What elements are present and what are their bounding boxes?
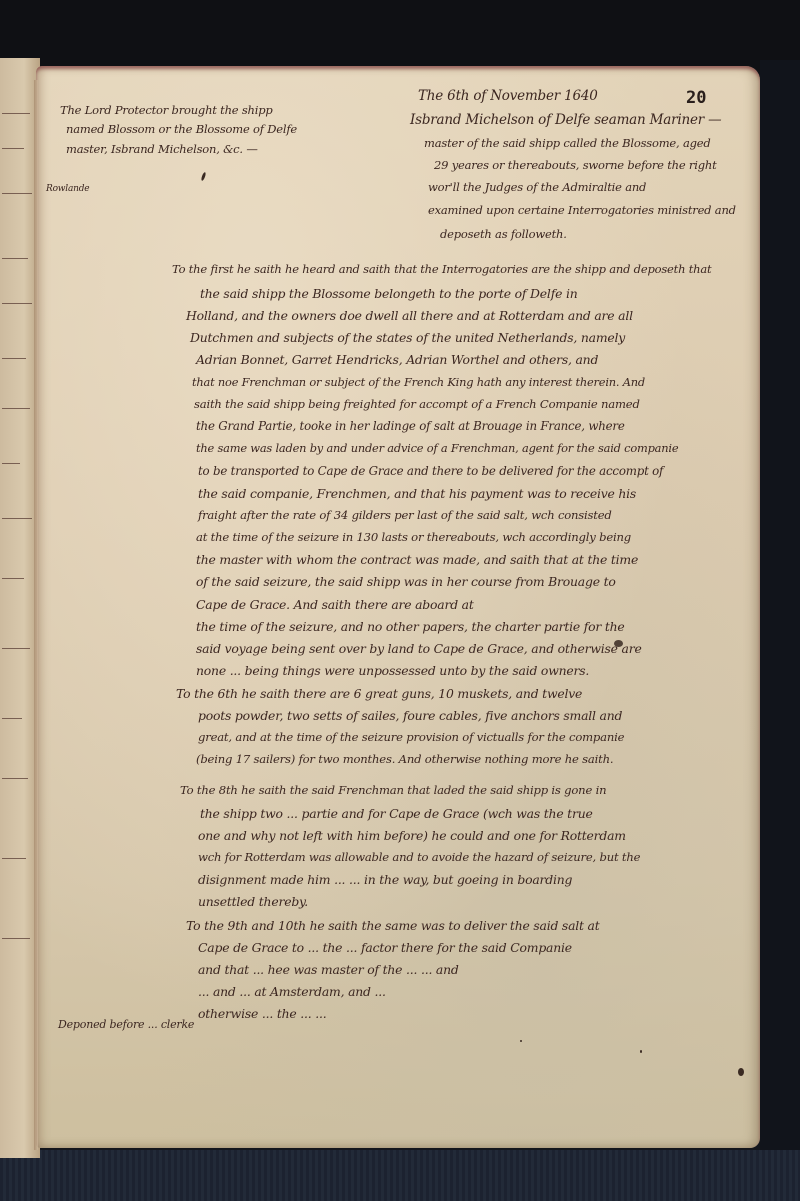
text-line: great, and at the time of the seizure pr… — [198, 730, 624, 744]
text-line: (being 17 sailers) for two monthes. And … — [196, 752, 613, 766]
text-line: Holland, and the owners doe dwell all th… — [186, 308, 633, 323]
facing-page-stroke — [2, 938, 30, 939]
text-line: To the first he saith he heard and saith… — [172, 262, 711, 276]
facing-page-stroke — [2, 258, 28, 259]
text-line: the same was laden by and under advice o… — [196, 441, 678, 455]
deponent-line: wor'll the Judges of the Admiraltie and — [428, 180, 646, 194]
marginal-note-line: named Blossom or the Blossome of Delfe — [66, 122, 297, 136]
facing-page-stroke — [2, 113, 30, 114]
text-line: the said companie, Frenchmen, and that h… — [198, 486, 636, 501]
background-right — [760, 60, 800, 1201]
deponent-line: 29 yeares or thereabouts, sworne before … — [434, 158, 717, 172]
text-line: at the time of the seizure in 130 lasts … — [196, 530, 631, 544]
text-line: Cape de Grace to ... the ... factor ther… — [198, 940, 572, 955]
deponent-line: examined upon certaine Interrogatories m… — [428, 203, 736, 217]
text-line: otherwise ... the ... ... — [198, 1006, 326, 1021]
text-line: fraight after the rate of 34 gilders per… — [198, 508, 612, 522]
text-line: the time of the seizure, and no other pa… — [196, 619, 625, 634]
text-line: Dutchmen and subjects of the states of t… — [190, 330, 625, 345]
text-line: the shipp two ... partie and for Cape de… — [200, 806, 593, 821]
text-line: ... and ... at Amsterdam, and ... — [198, 984, 386, 999]
text-line: poots powder, two setts of sailes, foure… — [198, 708, 622, 723]
facing-page-stroke — [2, 858, 26, 859]
text-line: saith the said shipp being freighted for… — [194, 397, 640, 411]
text-line: unsettled thereby. — [198, 894, 308, 909]
text-line: the master with whom the contract was ma… — [196, 552, 638, 567]
deponent-line: deposeth as followeth. — [440, 227, 567, 241]
facing-page-stroke — [2, 408, 30, 409]
footer-note: Deponed before ... clerke — [58, 1018, 194, 1031]
background-bottom-fabric — [0, 1150, 800, 1201]
text-line: wch for Rotterdam was allowable and to a… — [198, 850, 640, 864]
text-line: Cape de Grace. And saith there are aboar… — [196, 597, 474, 612]
facing-page-stroke — [2, 578, 24, 579]
marginal-note-line: master, Isbrand Michelson, &c. — — [66, 142, 258, 156]
text-line: To the 6th he saith there are 6 great gu… — [176, 686, 582, 701]
ink-mark — [738, 1068, 744, 1076]
text-line: that noe Frenchman or subject of the Fre… — [192, 375, 645, 389]
deponent-line: master of the said shipp called the Blos… — [424, 136, 711, 150]
facing-page-stroke — [2, 718, 22, 719]
text-line: none ... being things were unpossessed u… — [196, 663, 589, 678]
text-line: Adrian Bonnet, Garret Hendricks, Adrian … — [196, 352, 598, 367]
text-line: the said shipp the Blossome belongeth to… — [200, 286, 578, 301]
text-line: one and why not left with him before) he… — [198, 828, 626, 843]
facing-page-stroke — [2, 303, 32, 304]
text-line: and that ... hee was master of the ... .… — [198, 962, 459, 977]
text-line: To the 8th he saith the said Frenchman t… — [180, 783, 606, 797]
date-heading: The 6th of November 1640 — [418, 88, 598, 104]
text-line: the Grand Partie, tooke in her ladinge o… — [196, 419, 625, 433]
text-line: to be transported to Cape de Grace and t… — [198, 464, 663, 478]
ink-mark — [520, 1040, 522, 1042]
facing-page-stroke — [2, 193, 32, 194]
facing-page-stroke — [2, 358, 26, 359]
ink-mark — [640, 1050, 642, 1053]
deponent-line: Isbrand Michelson of Delfe seaman Marine… — [410, 112, 721, 128]
folio-number: 20 — [686, 88, 706, 108]
marginal-note-line: The Lord Protector brought the shipp — [60, 103, 273, 117]
facing-page-stroke — [2, 648, 30, 649]
facing-page-stroke — [2, 778, 28, 779]
left-margin-word: Rowlande — [46, 184, 89, 194]
facing-page-stroke — [2, 463, 20, 464]
ink-blot — [614, 640, 623, 647]
text-line: disignment made him ... ... in the way, … — [198, 872, 572, 887]
page-gutter — [34, 80, 38, 1150]
text-line: said voyage being sent over by land to C… — [196, 641, 642, 656]
facing-page-stroke — [2, 148, 24, 149]
facing-page-stroke — [2, 518, 32, 519]
text-line: of the said seizure, the said shipp was … — [196, 574, 616, 589]
text-line: To the 9th and 10th he saith the same wa… — [186, 918, 600, 933]
